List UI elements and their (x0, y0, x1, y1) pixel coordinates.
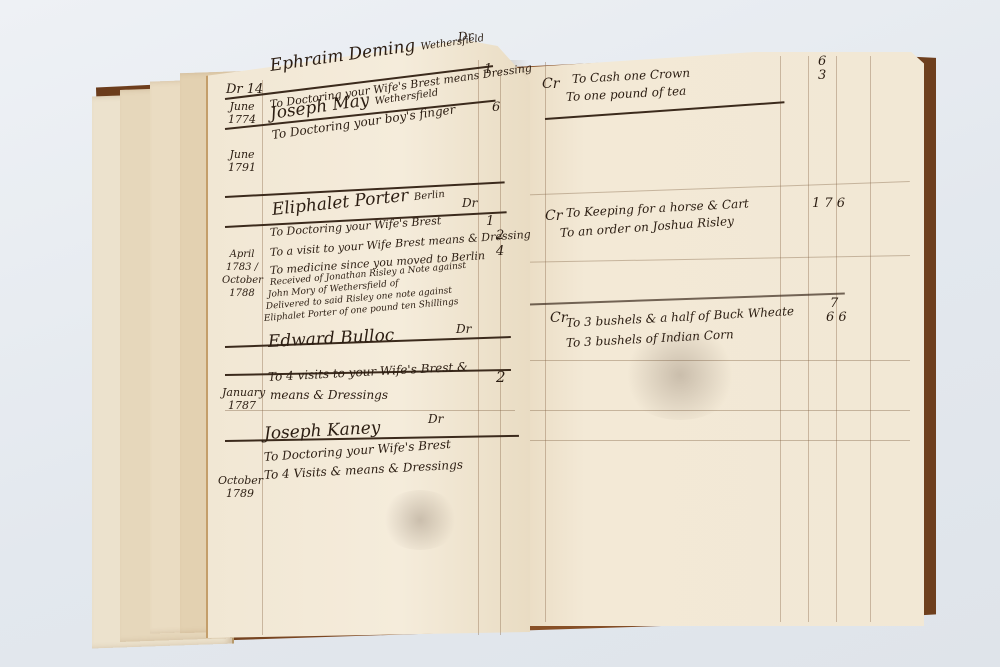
rule-line (510, 440, 910, 441)
entry-amount: 4 (496, 244, 504, 259)
entry-amount: 2 (496, 228, 504, 243)
amount-rule (808, 56, 809, 622)
ledger-photo: 6 3 Cr To Cash one Crown To one pound of… (0, 0, 1000, 667)
entry-amount: 1 (486, 214, 494, 229)
entry-date: January 1787 (222, 386, 262, 412)
entry-amount: 6 (492, 100, 500, 115)
date-column-rule (262, 80, 263, 635)
entry-date: October 1789 (218, 474, 262, 500)
entry-amount: 2 (496, 368, 506, 386)
credit-amount: 6 6 (826, 310, 847, 325)
corner-amount: 3 (818, 68, 826, 83)
debit-label: Dr (456, 322, 471, 336)
entry-date: June 1791 (222, 148, 262, 174)
debit-label: Dr (457, 28, 474, 44)
debit-label: Dr (428, 412, 443, 426)
entry-date: April 1783 / October 1788 (222, 248, 262, 300)
credit-amount: 1 7 6 (812, 196, 845, 211)
credit-amount: 7 (830, 296, 838, 311)
amount-rule (836, 56, 837, 622)
debit-label: Dr (462, 196, 477, 210)
amount-rule (478, 60, 479, 635)
ink-stain (620, 330, 740, 420)
rule-line (225, 410, 515, 411)
credit-label: Cr (545, 208, 562, 224)
entry-date: June 1774 (222, 100, 262, 126)
amount-rule (500, 70, 501, 635)
margin-rule (545, 62, 546, 622)
amount-rule (780, 56, 781, 622)
corner-amount: 6 (818, 54, 826, 69)
ink-stain (380, 490, 460, 550)
credit-label: Cr (542, 76, 559, 92)
amount-rule (870, 56, 871, 622)
entry-amount: 1 (484, 62, 492, 77)
account-entry: means & Dressings (270, 388, 388, 402)
